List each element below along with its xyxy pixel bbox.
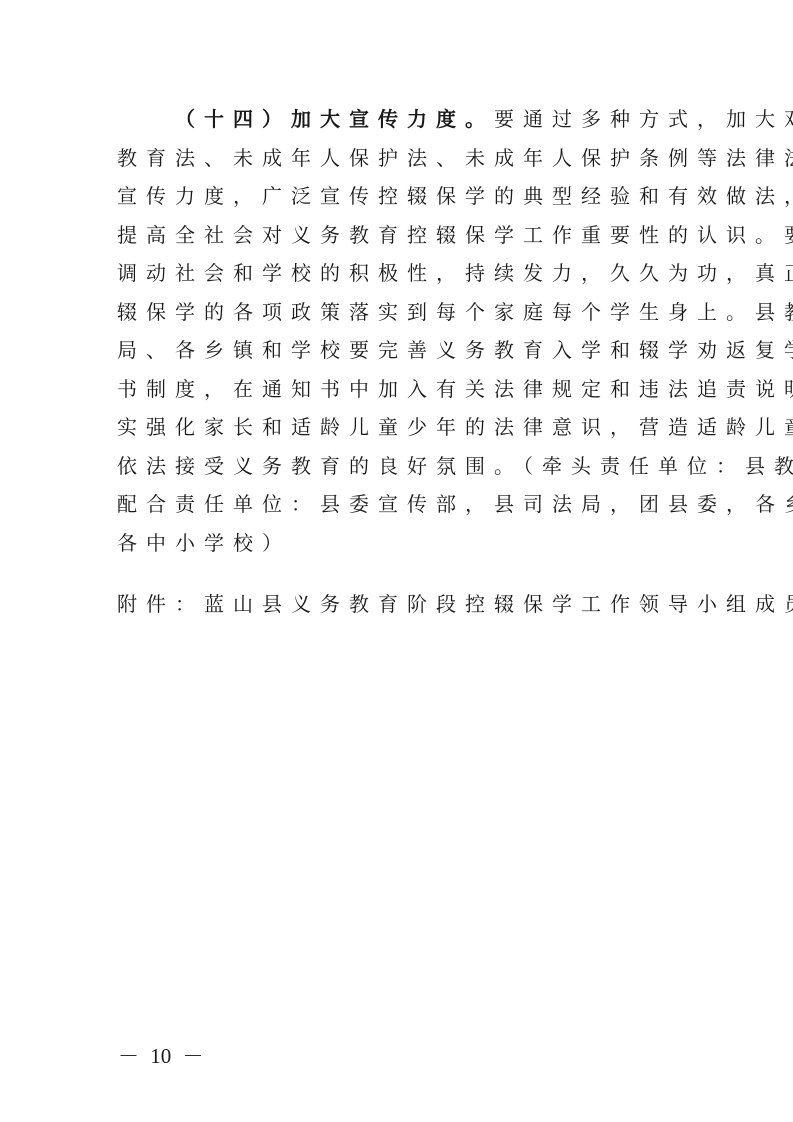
paragraph-line-10: 依法接受义务教育的良好氛围。（牵头责任单位：县教育局；	[117, 447, 677, 486]
section-heading: （十四）加大宣传力度。	[175, 107, 494, 131]
section-body: （十四）加大宣传力度。要通过多种方式，加大对义务 教育法、未成年人保护法、未成年…	[117, 100, 677, 562]
paragraph-line-1: （十四）加大宣传力度。要通过多种方式，加大对义务	[117, 100, 677, 139]
paragraph-text: 要通过多种方式，加大对义务	[494, 107, 793, 131]
paragraph-line-8: 书制度，在通知书中加入有关法律规定和违法追责说明，切	[117, 370, 677, 409]
paragraph-line-3: 宣传力度，广泛宣传控辍保学的典型经验和有效做法，不断	[117, 177, 677, 216]
attachment-note: 附件：蓝山县义务教育阶段控辍保学工作领导小组成员名单	[117, 585, 793, 623]
paragraph-line-9: 实强化家长和适龄儿童少年的法律意识，营造适龄儿童少年	[117, 408, 677, 447]
paragraph-line-7: 局、各乡镇和学校要完善义务教育入学和辍学劝返复学通知	[117, 331, 677, 370]
paragraph-line-6: 辍保学的各项政策落实到每个家庭每个学生身上。县教育	[117, 293, 677, 332]
page-number: － 10 －	[118, 1040, 204, 1070]
paragraph-line-4: 提高全社会对义务教育控辍保学工作重要性的认识。要充分	[117, 216, 677, 255]
paragraph-line-12: 各中小学校）	[117, 524, 677, 563]
paragraph-line-2: 教育法、未成年人保护法、未成年人保护条例等法律法规的	[117, 139, 677, 178]
paragraph-line-11: 配合责任单位：县委宣传部，县司法局，团县委，各乡镇，	[117, 485, 677, 524]
paragraph-line-5: 调动社会和学校的积极性，持续发力，久久为功，真正把控	[117, 254, 677, 293]
document-page: （十四）加大宣传力度。要通过多种方式，加大对义务 教育法、未成年人保护法、未成年…	[0, 0, 793, 1122]
